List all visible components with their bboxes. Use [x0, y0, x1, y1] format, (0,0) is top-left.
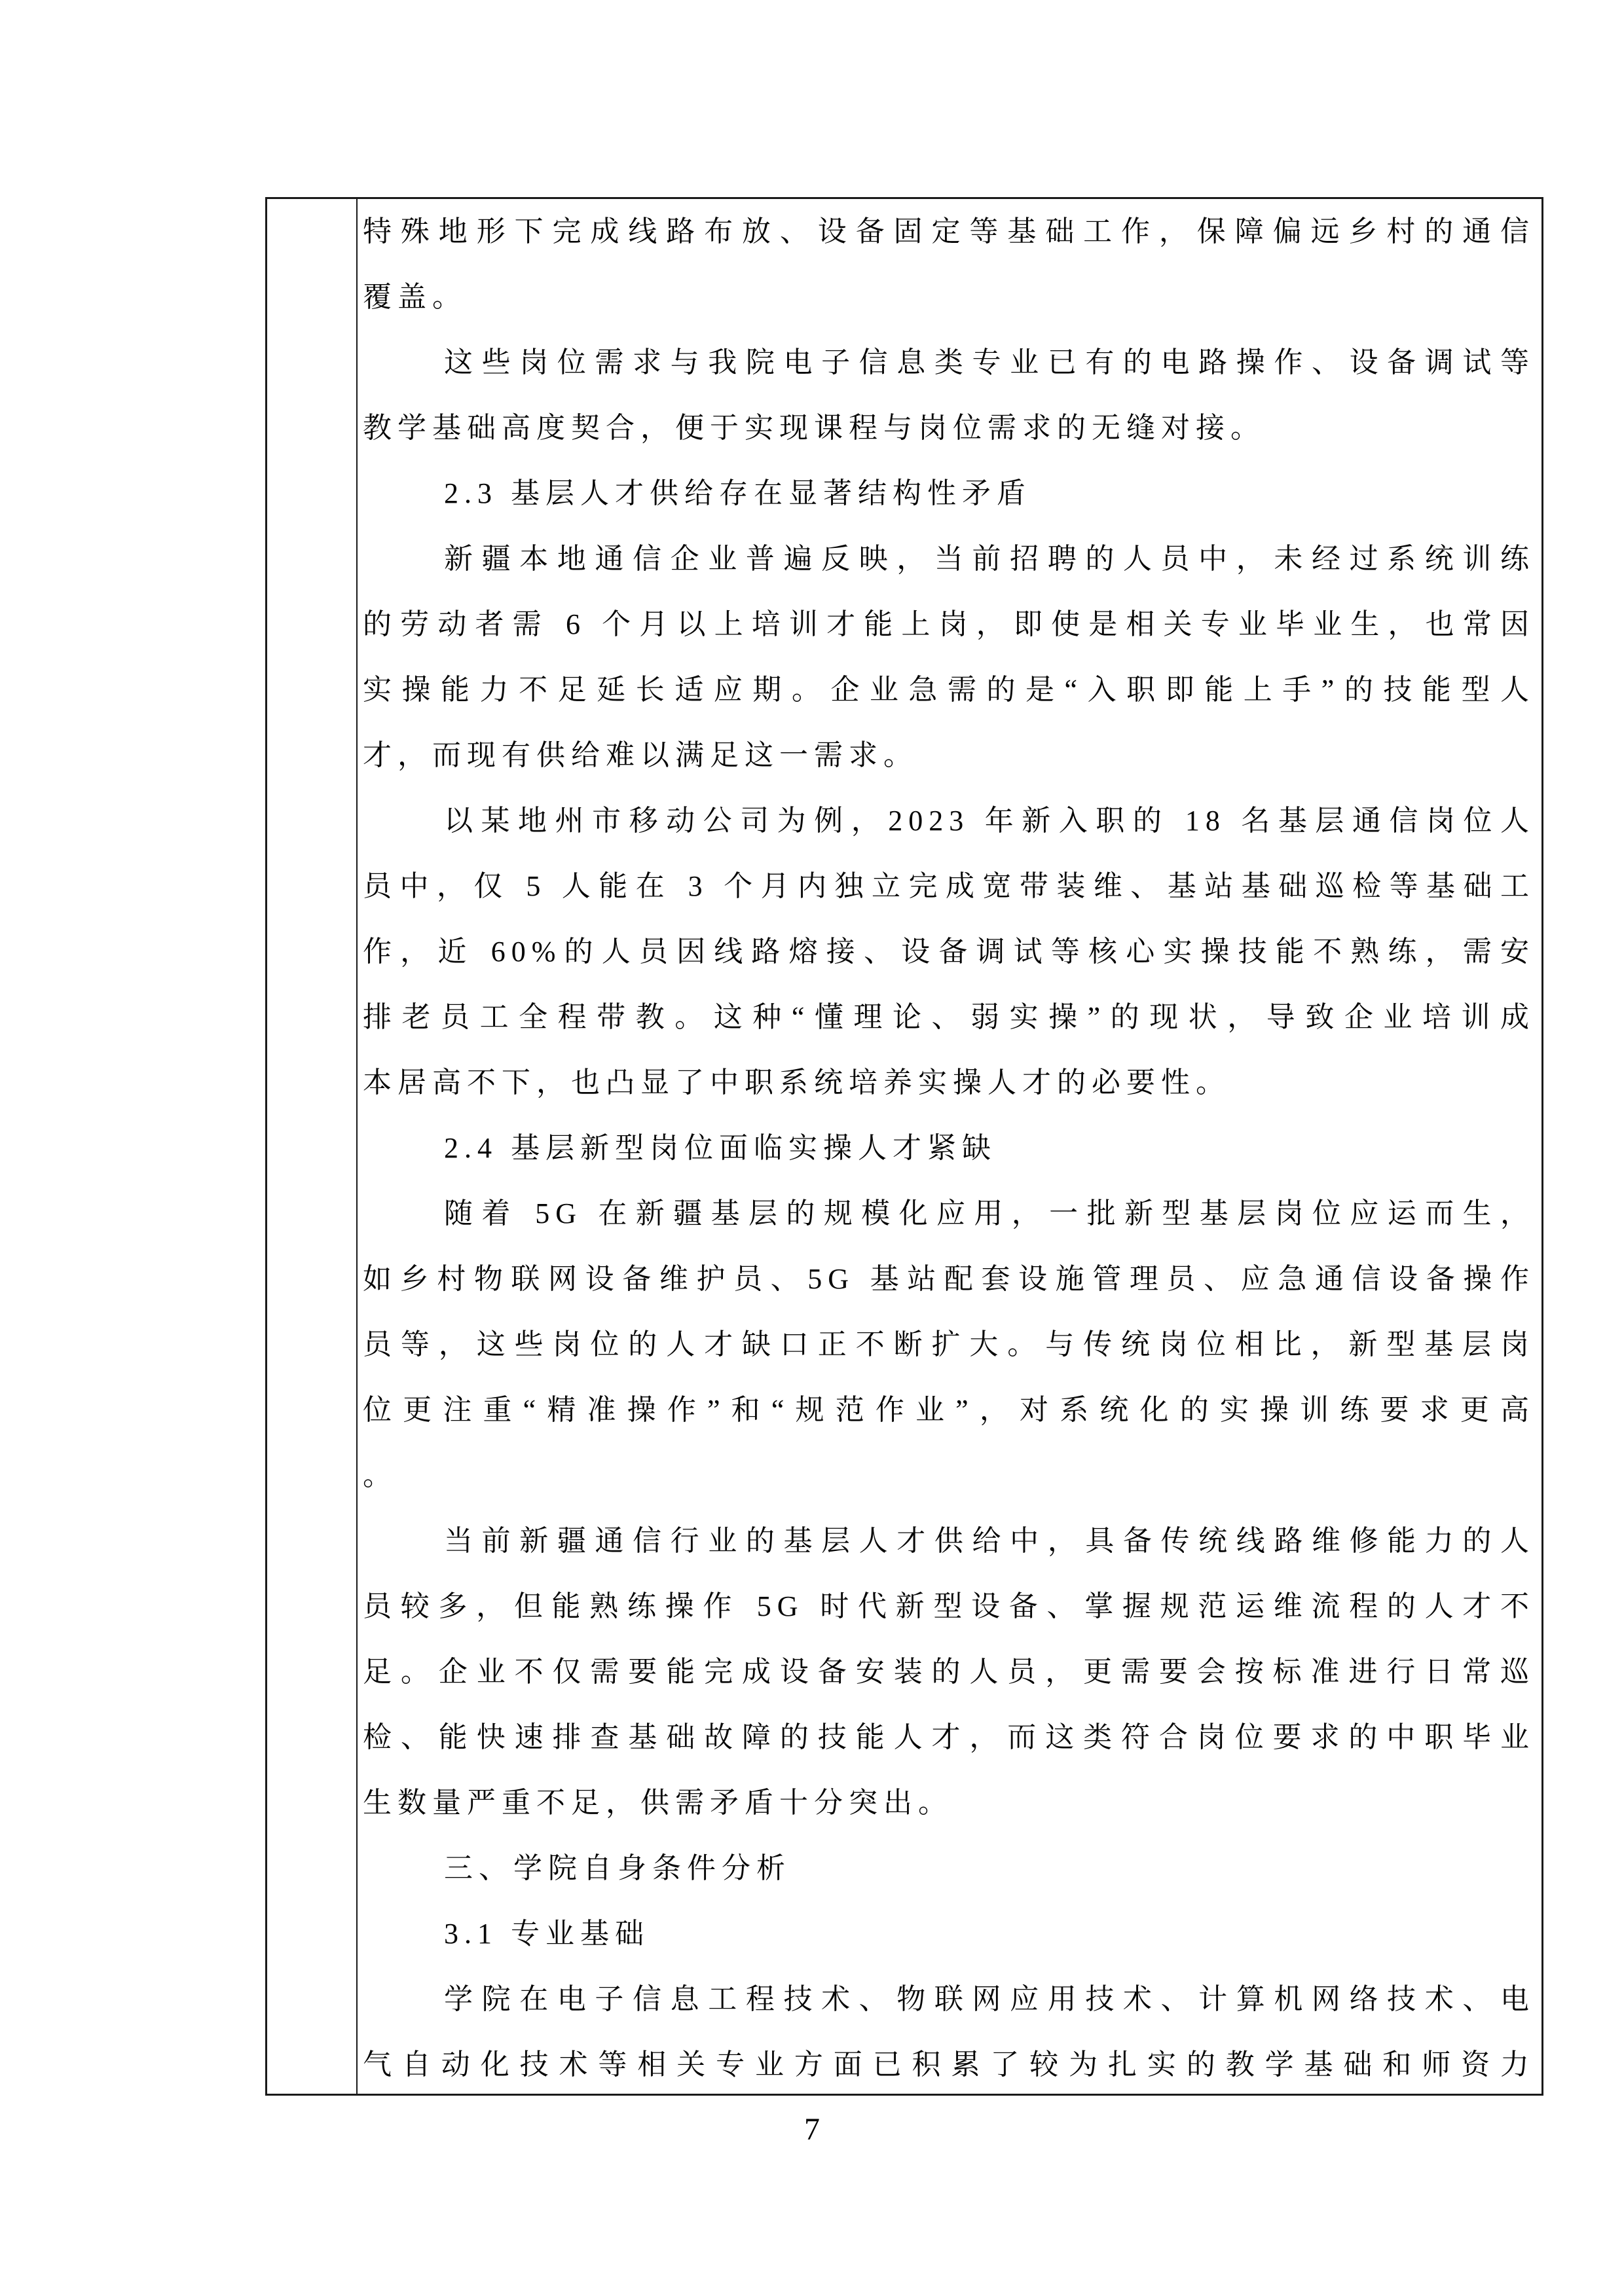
text-line: 才，而现有供给难以满足这一需求。: [363, 723, 1535, 788]
table-main-cell: 特殊地形下完成线路布放、设备固定等基础工作，保障偏远乡村的通信覆盖。这些岗位需求…: [358, 199, 1541, 2094]
text-line: 覆盖。: [363, 264, 1535, 330]
text-line: 2.3 基层人才供给存在显著结构性矛盾: [363, 461, 1535, 526]
text-line: 员等，这些岗位的人才缺口正不断扩大。与传统岗位相比，新型基层岗: [363, 1312, 1535, 1377]
text-line: 随着 5G 在新疆基层的规模化应用，一批新型基层岗位应运而生，: [363, 1181, 1535, 1247]
text-line: 当前新疆通信行业的基层人才供给中，具备传统线路维修能力的人: [363, 1508, 1535, 1574]
document-page: 特殊地形下完成线路布放、设备固定等基础工作，保障偏远乡村的通信覆盖。这些岗位需求…: [0, 0, 1624, 2296]
table-left-cell: [267, 199, 358, 2094]
text-line: 足。企业不仅需要能完成设备安装的人员，更需要会按标准进行日常巡: [363, 1639, 1535, 1705]
text-line: 员较多，但能熟练操作 5G 时代新型设备、掌握规范运维流程的人才不: [363, 1574, 1535, 1639]
page-number: 7: [0, 2107, 1624, 2153]
text-line: 检、能快速排查基础故障的技能人才，而这类符合岗位要求的中职毕业: [363, 1705, 1535, 1770]
text-line: 作，近 60%的人员因线路熔接、设备调试等核心实操技能不熟练，需安: [363, 919, 1535, 985]
text-line: 教学基础高度契合，便于实现课程与岗位需求的无缝对接。: [363, 395, 1535, 461]
text-line: 员中，仅 5 人能在 3 个月内独立完成宽带装维、基站基础巡检等基础工: [363, 854, 1535, 919]
text-line: 特殊地形下完成线路布放、设备固定等基础工作，保障偏远乡村的通信: [363, 199, 1535, 264]
document-table: 特殊地形下完成线路布放、设备固定等基础工作，保障偏远乡村的通信覆盖。这些岗位需求…: [265, 197, 1543, 2096]
text-line: 排老员工全程带教。这种“懂理论、弱实操”的现状，导致企业培训成: [363, 985, 1535, 1050]
text-line: 以某地州市移动公司为例，2023 年新入职的 18 名基层通信岗位人: [363, 788, 1535, 854]
text-line: 。: [363, 1443, 1535, 1508]
text-line: 气自动化技术等相关专业方面已积累了较为扎实的教学基础和师资力: [363, 2032, 1535, 2094]
text-line: 本居高不下，也凸显了中职系统培养实操人才的必要性。: [363, 1050, 1535, 1116]
text-line: 学院在电子信息工程技术、物联网应用技术、计算机网络技术、电: [363, 1967, 1535, 2032]
text-line: 如乡村物联网设备维护员、5G 基站配套设施管理员、应急通信设备操作: [363, 1247, 1535, 1312]
text-line: 2.4 基层新型岗位面临实操人才紧缺: [363, 1116, 1535, 1181]
text-line: 实操能力不足延长适应期。企业急需的是“入职即能上手”的技能型人: [363, 657, 1535, 723]
text-line: 三、学院自身条件分析: [363, 1836, 1535, 1901]
text-line: 的劳动者需 6 个月以上培训才能上岗，即使是相关专业毕业生，也常因: [363, 592, 1535, 657]
text-line: 这些岗位需求与我院电子信息类专业已有的电路操作、设备调试等: [363, 330, 1535, 395]
text-line: 生数量严重不足，供需矛盾十分突出。: [363, 1770, 1535, 1836]
text-line: 3.1 专业基础: [363, 1901, 1535, 1967]
text-line: 位更注重“精准操作”和“规范作业”，对系统化的实操训练要求更高: [363, 1377, 1535, 1443]
text-line: 新疆本地通信企业普遍反映，当前招聘的人员中，未经过系统训练: [363, 526, 1535, 592]
